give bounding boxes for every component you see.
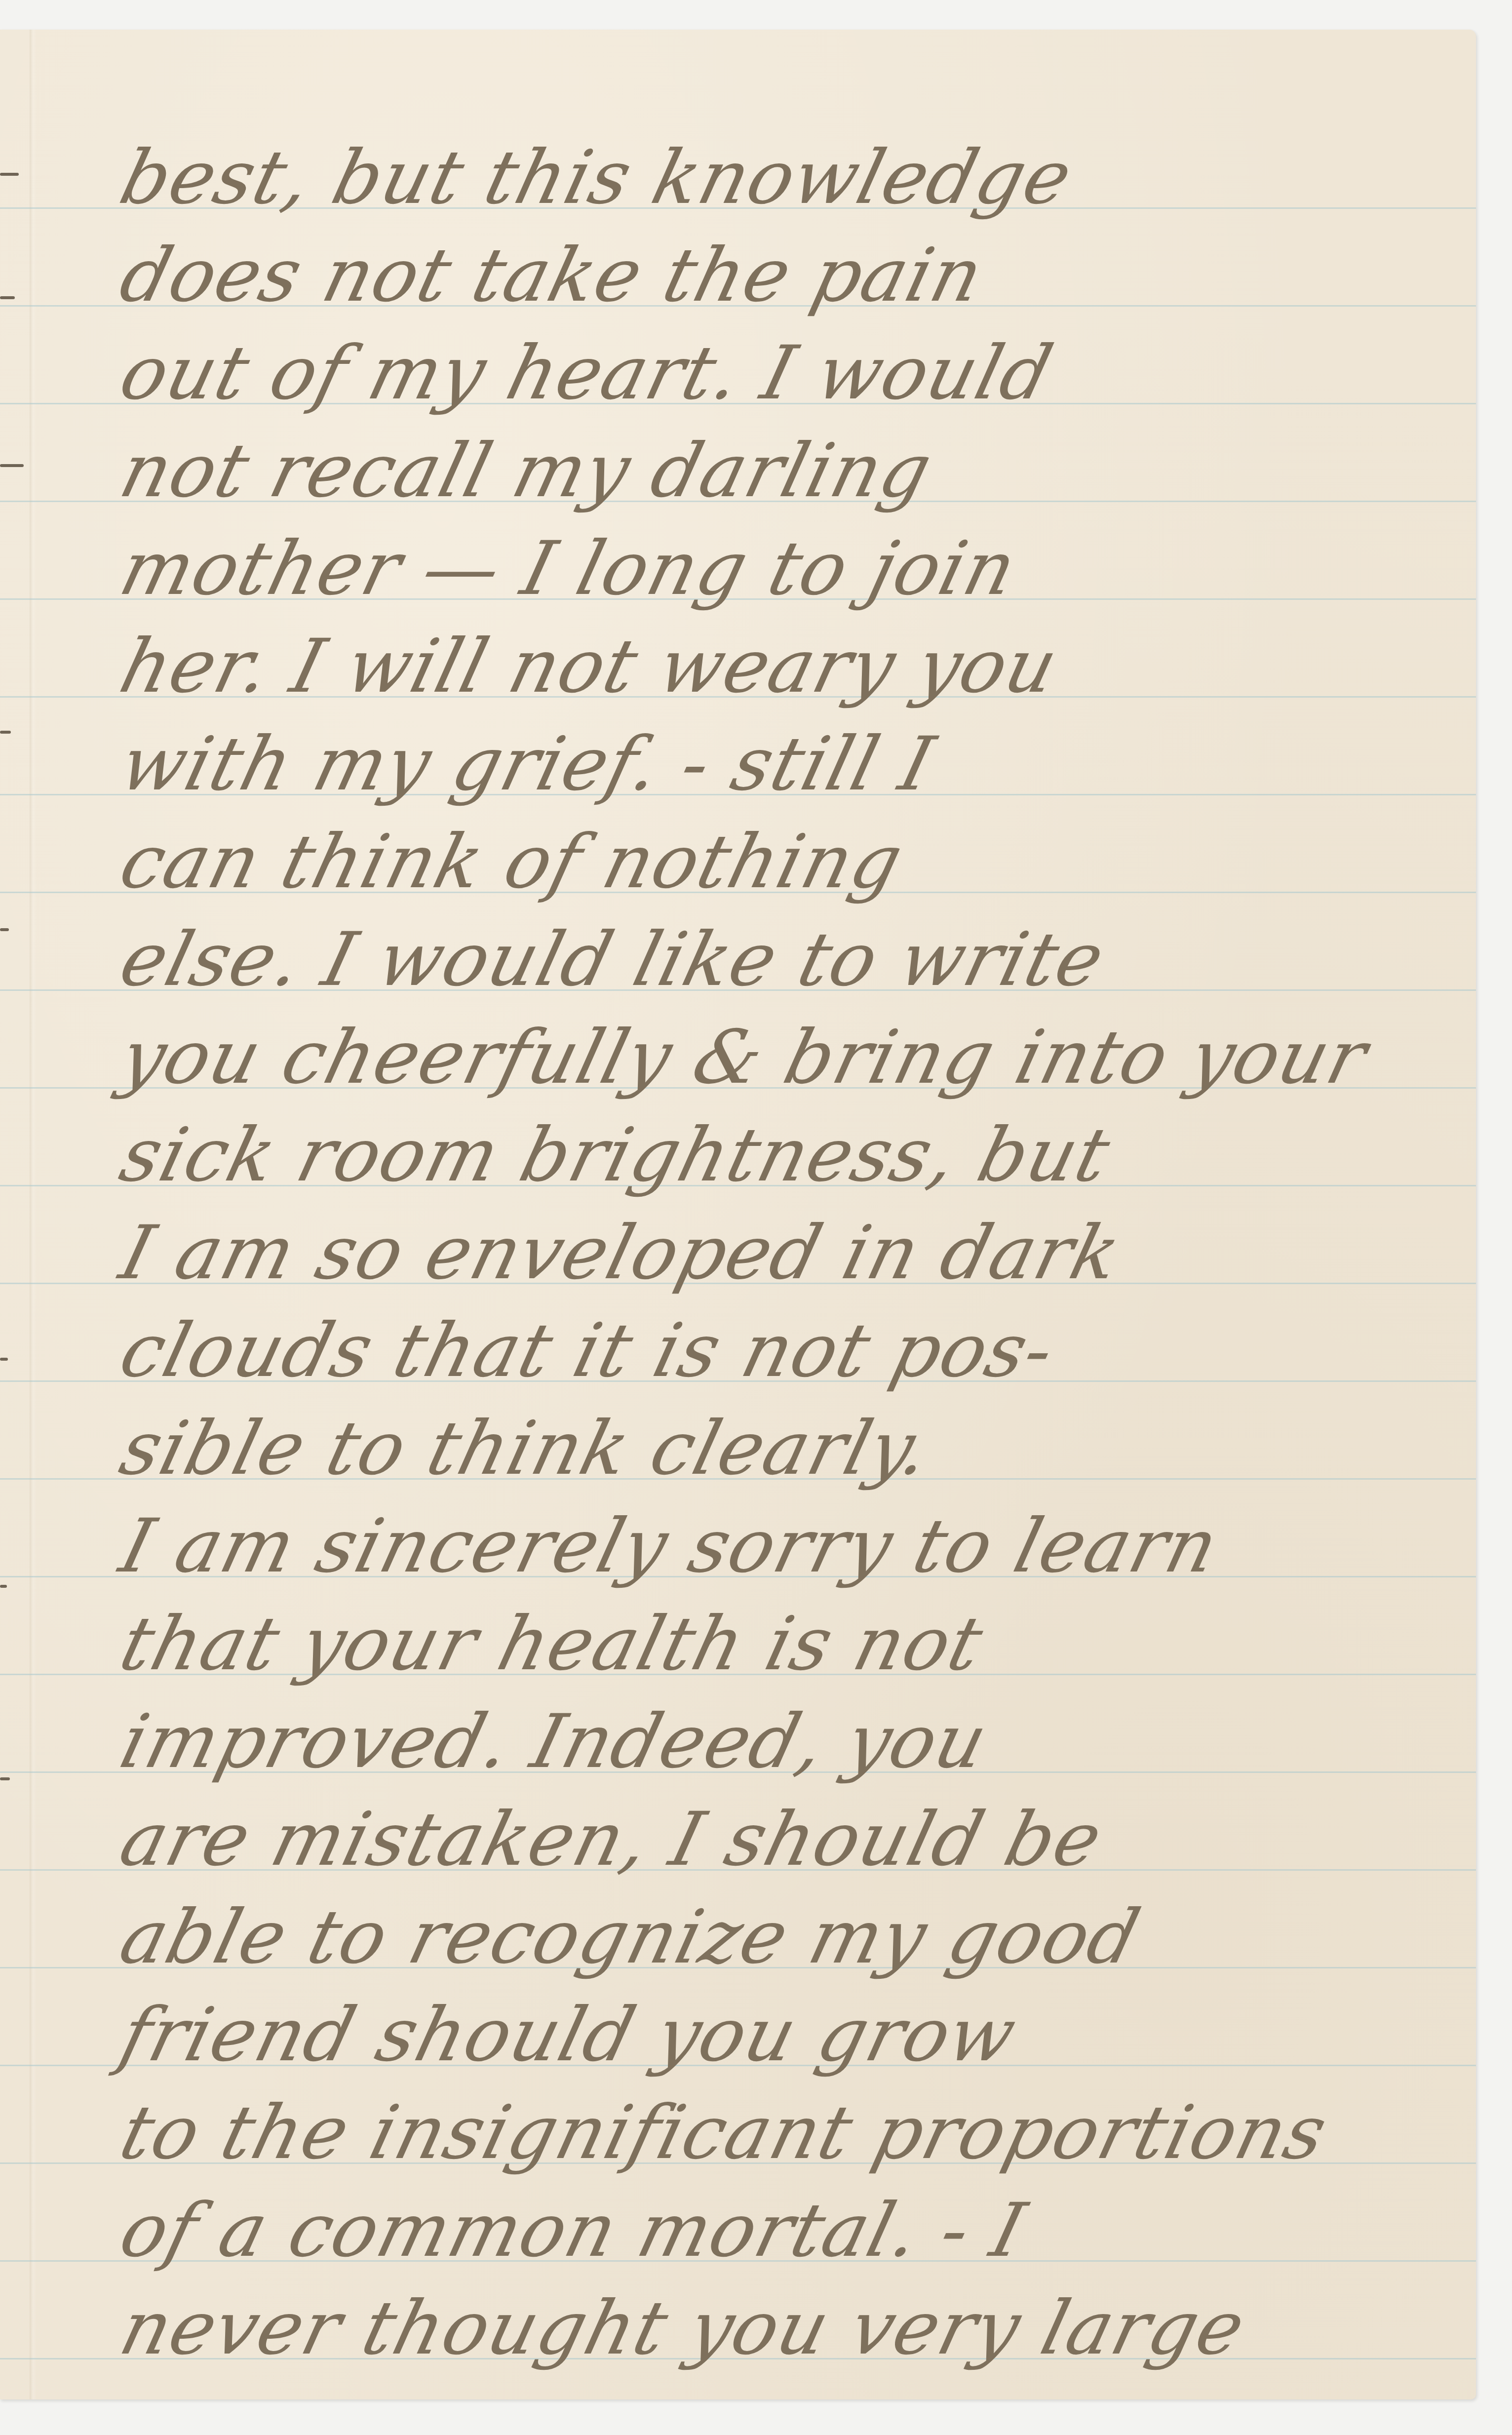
letter-line: sick room brightness, but [114, 1118, 1117, 1192]
letter-line: able to recognize my good [114, 1900, 1147, 1974]
letter-line: improved. Indeed, you [114, 1705, 995, 1779]
letter-line: with my grief. - still I [114, 727, 941, 801]
letter-line: I am so enveloped in dark [114, 1216, 1128, 1290]
letter-line: friend should you grow [114, 1998, 1024, 2072]
previous-page-ink-fragment [0, 928, 9, 931]
previous-page-ink-fragment [0, 731, 11, 734]
previous-page-ink-fragment [0, 464, 24, 467]
page-fold [30, 30, 37, 2399]
letter-line: mother — I long to join [114, 532, 1024, 606]
letter-line: of a common mortal. - I [114, 2194, 1033, 2268]
letter-line: her. I will not weary you [114, 629, 1065, 704]
letter-line: best, but this knowledge [114, 141, 1080, 215]
letter-line: you cheerfully & bring into your [114, 1021, 1375, 1095]
previous-page-ink-fragment [0, 1777, 10, 1780]
letter-line: sible to think clearly. [114, 1412, 937, 1486]
letter-line: clouds that it is not pos- [114, 1314, 1062, 1388]
letter-line: else. I would like to write [114, 923, 1112, 997]
letter-line: out of my heart. I would [114, 336, 1060, 410]
previous-page-ink-fragment [0, 1358, 8, 1361]
previous-page-ink-fragment [0, 1585, 7, 1588]
letter-line: not recall my darling [114, 434, 939, 508]
previous-page-ink-fragment [0, 296, 15, 299]
letter-line: does not take the pain [114, 238, 990, 313]
previous-page-edge [0, 30, 33, 2399]
letter-line: I am sincerely sorry to learn [114, 1509, 1226, 1583]
letter-line: that your health is not [114, 1607, 990, 1681]
letter-line: to the insignificant proportions [114, 2096, 1334, 2170]
letter-line: are mistaken, I should be [114, 1803, 1109, 1877]
previous-page-ink-fragment [0, 173, 19, 176]
letter-line: never thought you very large [114, 2291, 1252, 2365]
letter-line: can think of nothing [114, 825, 910, 899]
letter-page: best, but this knowledge does not take t… [0, 30, 1476, 2399]
